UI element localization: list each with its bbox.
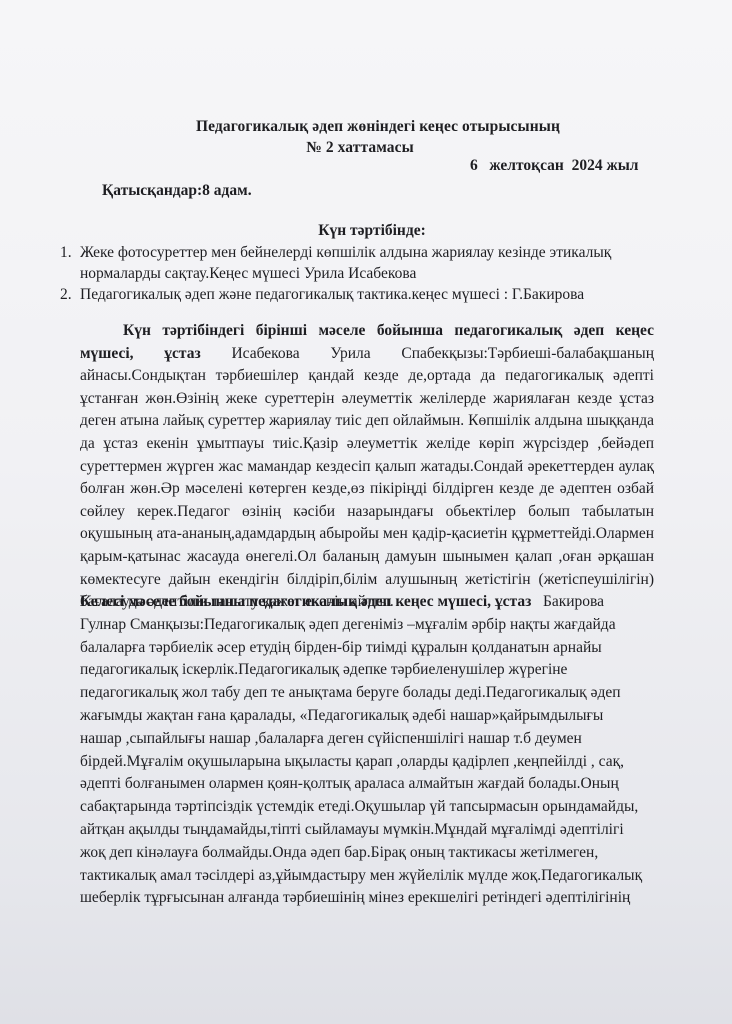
document-page: Педагогикалық әдеп жөніндегі кеңес отыры… <box>0 0 732 1024</box>
paragraph-2-line: нашар ,сыпайлығы нашар ,балаларға деген … <box>80 728 660 751</box>
paragraph-2-lead-rest: Бакирова <box>531 593 604 610</box>
paragraph-2-line: педагогикалық жол табу деп те анықтама б… <box>80 682 660 705</box>
paragraph-2-line: шеберлік тұрғысынан алғанда тәрбиешінің … <box>80 887 660 910</box>
paragraph-2-line: әдепті болғанымен олармен қоян-қолтық ар… <box>80 773 660 796</box>
paragraph-2-line: бірдей.Мұғалім оқушыларына ықыласты қара… <box>80 751 660 774</box>
agenda-list: 1. Жеке фотосуреттер мен бейнелерді көпш… <box>60 242 700 305</box>
paragraph-2-line: Гулнар Сманқызы:Педагогикалық әдеп деген… <box>80 614 660 637</box>
paragraph-2-line: педагогикалық іскерлік.Педагогикалық әде… <box>80 659 660 682</box>
protocol-number: № 2 хаттамасы <box>0 139 726 157</box>
agenda-item-number: 2. <box>60 284 72 305</box>
paragraph-2-line: сабақтарында тәртіпсіздік үстемдік етеді… <box>80 796 660 819</box>
paragraph-2-line: жағымды жақтан ғана қаралады, «Педагогик… <box>80 705 660 728</box>
document-date: 6 желтоқсан 2024 жыл <box>470 157 639 175</box>
agenda-item: 1. Жеке фотосуреттер мен бейнелерді көпш… <box>60 242 700 284</box>
paragraph-2-lead: Келесі мәселе бойынша педагогикалық әдеп… <box>80 593 531 610</box>
document-title: Педагогикалық әдеп жөніндегі кеңес отыры… <box>12 118 732 136</box>
agenda-item-text: Жеке фотосуреттер мен бейнелерді көпшілі… <box>80 242 700 263</box>
paragraph-2-lead-line: Келесі мәселе бойынша педагогикалық әдеп… <box>80 591 660 614</box>
discussion-paragraph-2: Келесі мәселе бойынша педагогикалық әдеп… <box>80 591 660 910</box>
discussion-paragraph-1: Күн тәртібіндегі бірінші мәселе бойынша … <box>80 320 654 614</box>
agenda-item-text: нормаларды сақтау.Кеңес мүшесі Урила Иса… <box>80 263 700 284</box>
agenda-heading: Күн тәртібінде: <box>0 222 732 240</box>
paragraph-2-line: тактикалық амал тәсілдері аз,ұйымдастыру… <box>80 865 660 888</box>
paragraph-2-line: балаларға тәрбиелік әсер етудің бірден-б… <box>80 637 660 660</box>
agenda-item: 2. Педагогикалық әдеп және педагогикалық… <box>60 284 700 305</box>
agenda-item-text: Педагогикалық әдеп және педагогикалық та… <box>80 284 700 305</box>
paragraph-2-line: жоқ деп кінәлауға болмайды.Онда әдеп бар… <box>80 842 660 865</box>
paragraph-1-text: Исабекова Урила Спабекқызы:Тәрбиеші-бала… <box>80 345 654 611</box>
agenda-item-number: 1. <box>60 242 72 263</box>
participants-count: Қатысқандар:8 адам. <box>102 182 252 200</box>
paragraph-2-line: айтқан ақылды тыңдамайды,тіпті сыйламауы… <box>80 819 660 842</box>
